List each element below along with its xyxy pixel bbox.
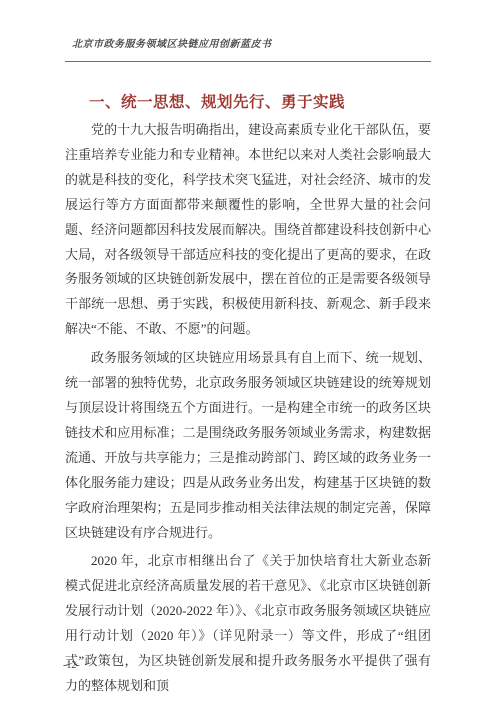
page-number: -12- — [63, 660, 80, 671]
header-rule — [65, 61, 431, 62]
running-header-title: 北京市政务服务领域区块链应用创新蓝皮书 — [65, 38, 431, 51]
content-column: 北京市政务服务领域区块链应用创新蓝皮书 一、统一思想、规划先行、勇于实践 党的十… — [65, 38, 431, 703]
body-paragraph: 2020 年，北京市相继出台了《关于加快培育壮大新业态新模式促进北京经济高质量发… — [65, 549, 431, 698]
body-paragraph: 党的十九大报告明确指出，建设高素质专业化干部队伍，要注重培养专业能力和专业精神。… — [65, 118, 431, 342]
document-page: 北京市政务服务领域区块链应用创新蓝皮书 一、统一思想、规划先行、勇于实践 党的十… — [0, 0, 500, 707]
body-paragraph: 政务服务领域的区块链应用场景具有自上而下、统一规划、统一部署的独特优势，北京政务… — [65, 346, 431, 545]
section-heading: 一、统一思想、规划先行、勇于实践 — [65, 92, 431, 113]
